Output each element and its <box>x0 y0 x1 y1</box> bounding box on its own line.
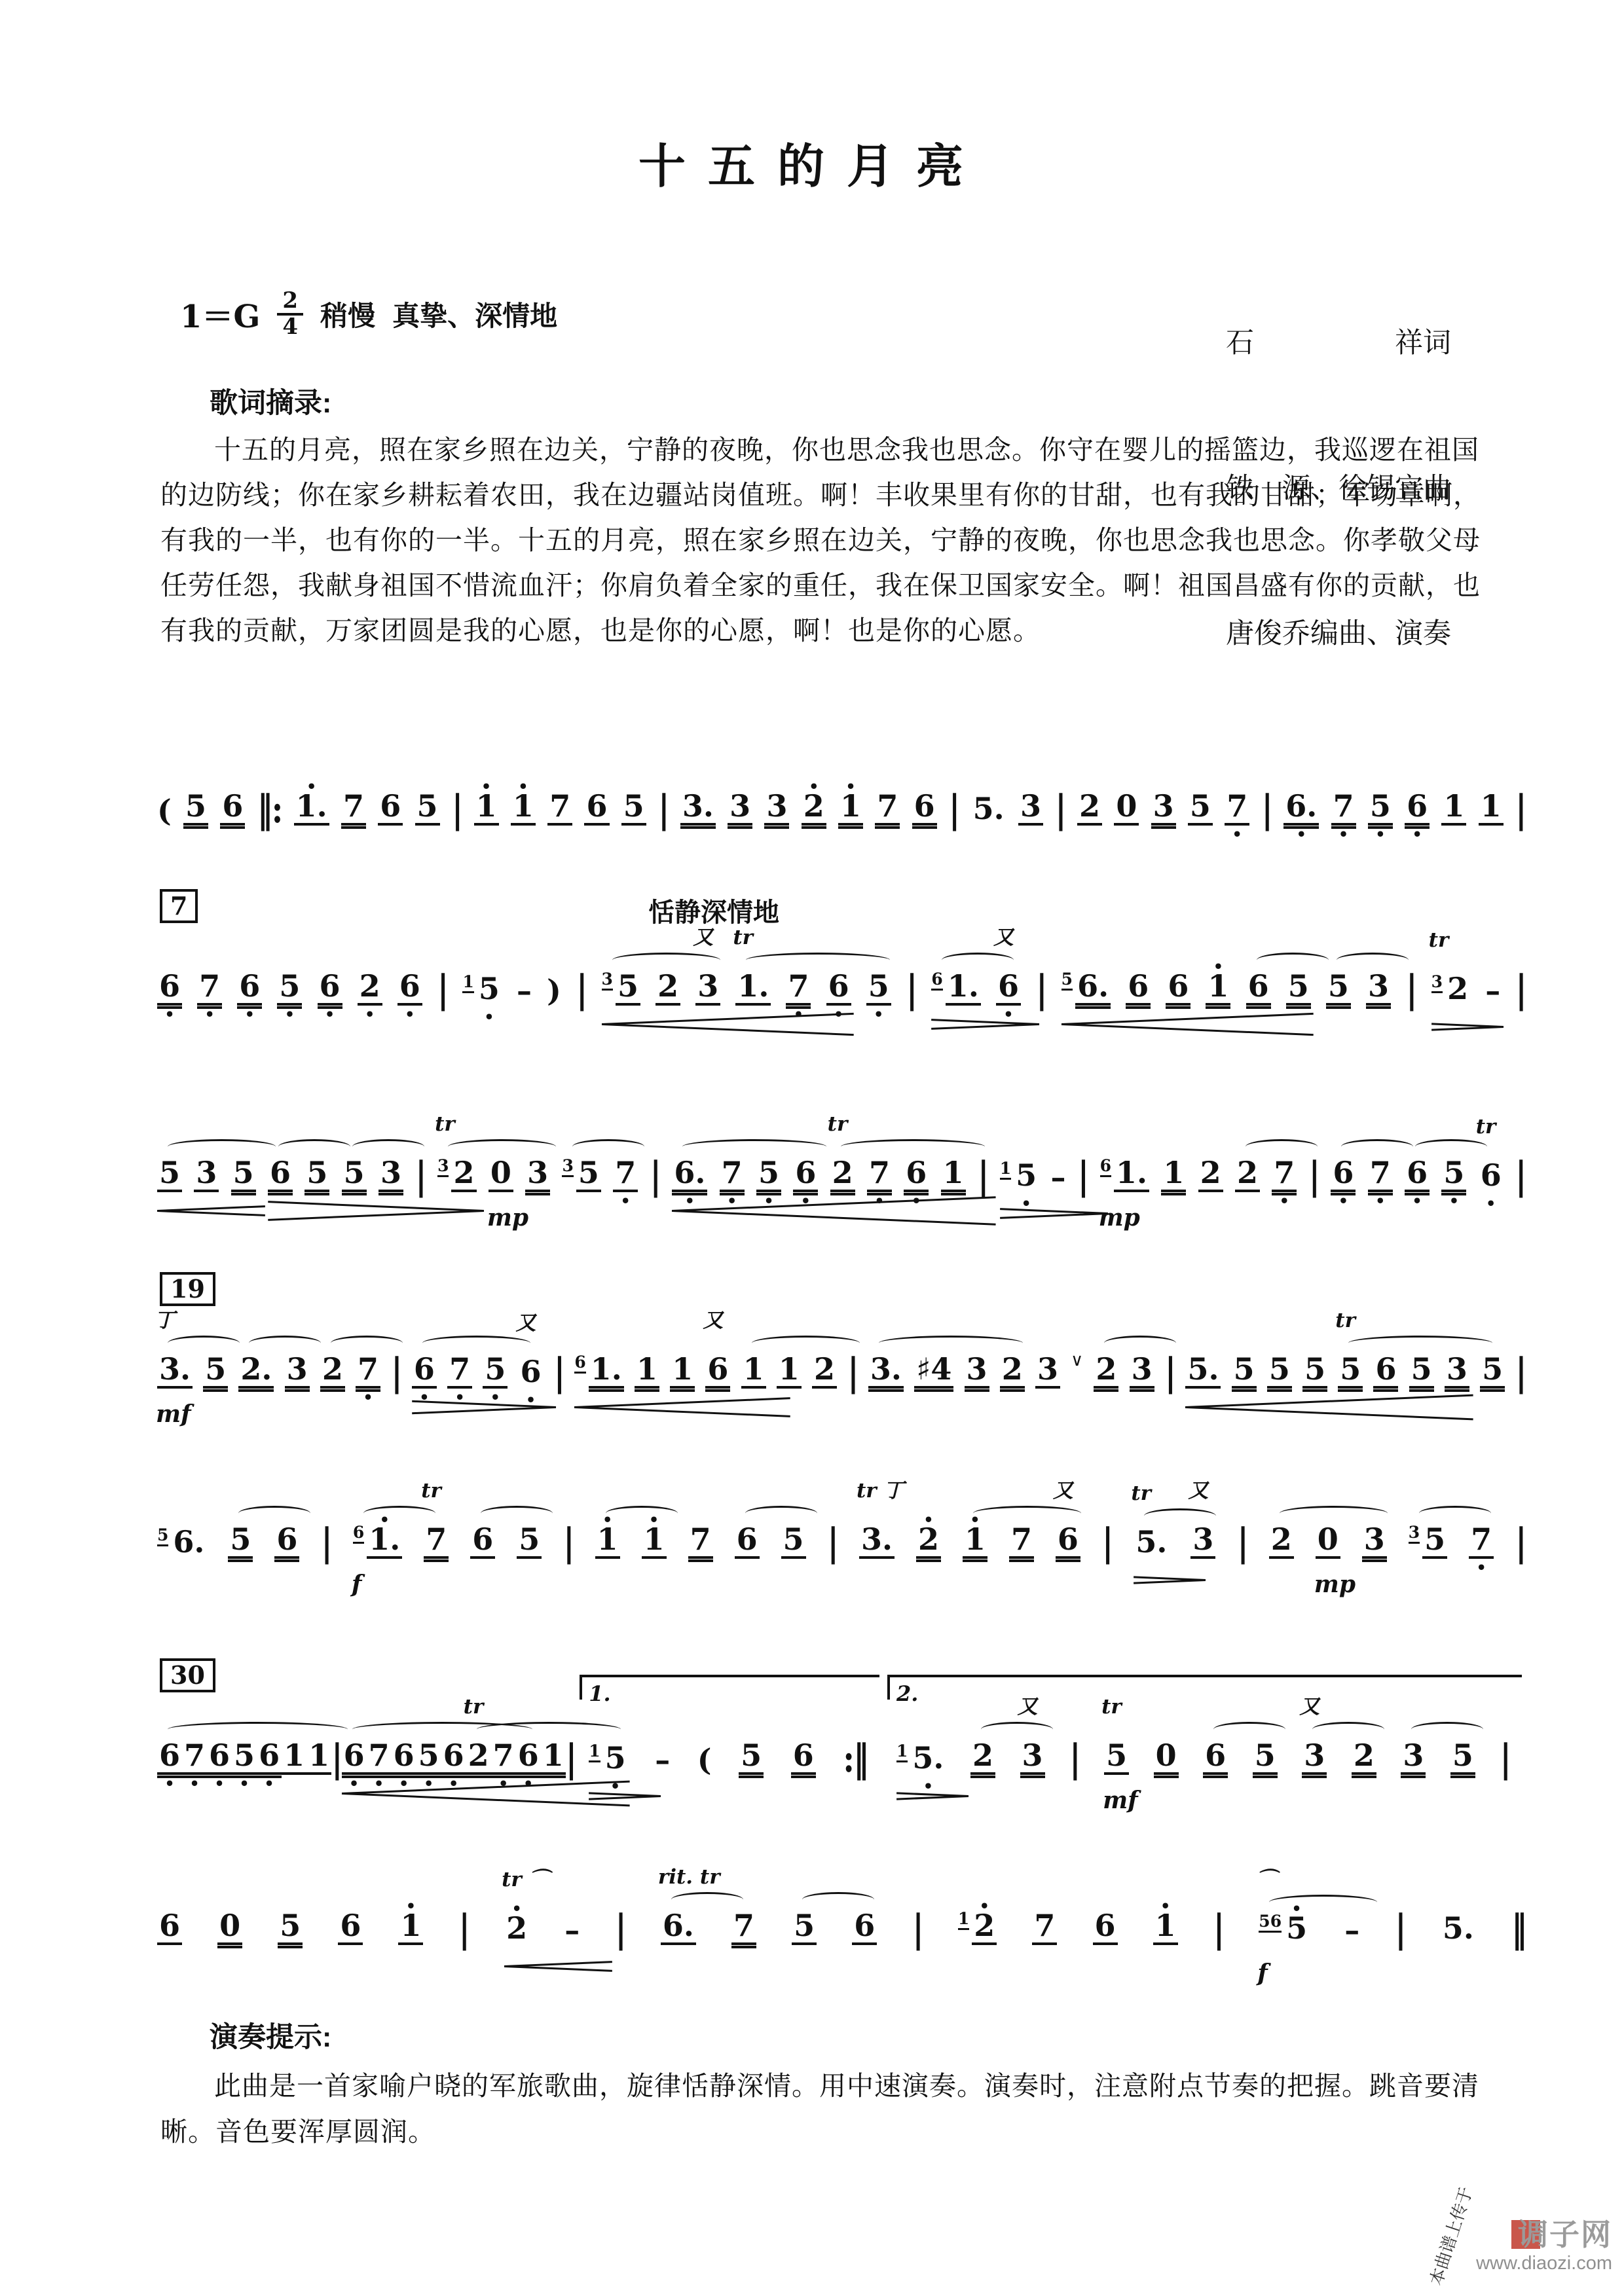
note: 7• <box>356 1354 380 1389</box>
note: 2• <box>358 971 382 1006</box>
note-digit: 2 <box>1352 1740 1376 1775</box>
note: 3 <box>1366 971 1391 1006</box>
note-digit: 2. <box>238 1354 274 1389</box>
note: 3 <box>194 1157 219 1192</box>
note-digit: 7• <box>356 1354 380 1389</box>
note-digit: 1.• <box>294 791 329 826</box>
note-digit: 6 <box>1093 1910 1118 1945</box>
note-digit: 5 <box>1480 1354 1505 1389</box>
octave-dot-high: • <box>809 779 819 795</box>
note-digit: 5 <box>1188 791 1213 826</box>
grace-note: 3 <box>1409 1523 1420 1544</box>
note: 6 <box>735 1524 760 1559</box>
slur-arc <box>572 1139 644 1154</box>
note-digit: 5 <box>304 1157 329 1192</box>
note: 61.mp <box>1100 1157 1149 1192</box>
score-page: 十五的月亮 石 祥词 铁 源、徐锡宜曲 唐俊乔编曲、演奏 1＝G 2 4 稍慢 … <box>0 0 1624 2296</box>
octave-dot-low: • <box>1375 827 1385 843</box>
note: 2 <box>1235 1157 1260 1192</box>
note-digit: 0 <box>1114 791 1139 826</box>
grace-note: 5 <box>1061 970 1073 991</box>
note: 6又 <box>705 1354 730 1389</box>
note: 5 <box>228 1524 253 1559</box>
note-digit: 1 <box>941 1157 966 1192</box>
note: 5• <box>866 971 891 1006</box>
note: 5 <box>739 1740 764 1775</box>
grace-note: 3 <box>437 1157 449 1177</box>
note-digit: 5• <box>232 1740 257 1775</box>
barline: ‖ <box>1511 1910 1526 1948</box>
note-digit: 6 <box>1056 1524 1080 1559</box>
note: 6 <box>1373 1354 1398 1389</box>
note-digit: 7• <box>182 1740 207 1775</box>
note-digit: 2• <box>972 1910 997 1945</box>
note-digit: 6 <box>705 1354 730 1389</box>
ornament-mark: tr <box>1429 930 1449 951</box>
ornament-mark: tr <box>1335 1311 1356 1331</box>
volta-group: 2.15.•23又|5trmf0653又235| <box>887 1675 1522 1775</box>
note: 5 <box>203 1354 228 1389</box>
note-digit: 7• <box>491 1740 516 1775</box>
note-digit: 0 <box>217 1910 242 1945</box>
note-digit: 5 <box>278 1910 303 1945</box>
note: 1• <box>642 1524 667 1559</box>
octave-dot-low: • <box>912 1194 921 1209</box>
grace-note: 1 <box>462 973 473 993</box>
barline: | <box>459 1910 469 1948</box>
lyricist-credit: 石 祥词 <box>1226 319 1451 368</box>
barline: :‖ <box>843 1740 868 1778</box>
note: 3又 <box>1190 1524 1215 1559</box>
note: 7• <box>1272 1157 1297 1192</box>
note-digit: 1. <box>946 971 981 1006</box>
octave-dot-low: • <box>189 1776 199 1792</box>
note-digit: 6 <box>268 1157 293 1192</box>
note: 5• <box>1368 791 1393 826</box>
note: 1• <box>1153 1910 1178 1945</box>
note: 3 <box>1151 791 1176 826</box>
ornament-mark: 又 <box>993 928 1014 948</box>
note: 3 <box>1018 791 1043 826</box>
note-digit: 5 <box>1338 1354 1363 1389</box>
note: 6•又 <box>996 971 1021 1006</box>
note: 15• <box>462 974 501 1006</box>
note: 7• <box>1469 1524 1494 1559</box>
note-digit: 6• <box>1405 791 1430 826</box>
note: 7• <box>491 1740 516 1775</box>
note-digit: 1• <box>838 791 863 826</box>
note-digit: 7• <box>447 1354 472 1389</box>
crescendo-hairpin <box>672 1201 996 1219</box>
note: 15• <box>1000 1160 1039 1192</box>
note-digit: 5 <box>1286 971 1311 1006</box>
note: 5 <box>517 1524 542 1559</box>
ornament-mark: tr <box>1131 1484 1151 1504</box>
barline: | <box>1262 791 1272 829</box>
note-digit: 6 <box>791 1740 816 1775</box>
slur-arc <box>352 1139 424 1154</box>
barline: | <box>906 971 916 1009</box>
note: 3又 <box>1302 1740 1327 1775</box>
slur-arc <box>422 1336 530 1351</box>
octave-dot-high: • <box>923 1512 933 1528</box>
note-digit: 6• <box>1479 1160 1504 1192</box>
note-digit: 6. <box>1075 971 1111 1006</box>
note-digit: 5• <box>756 1157 781 1192</box>
note-digit: 7• <box>613 1157 638 1192</box>
note-digit: 3 <box>1151 791 1176 826</box>
note-digit: 3 <box>1401 1740 1426 1775</box>
music-system: 56.56|61.•f7tr65|1•1•765|3.tr 丁2•1•76又|5… <box>157 1522 1526 1559</box>
grace-note: 3 <box>602 970 613 991</box>
music-system: (56‖:1.•765|1•1•765|3.332•1•76|5.3|20357… <box>157 789 1526 826</box>
measure-number-box: 30 <box>160 1658 215 1692</box>
note-digit: 6 <box>470 1524 495 1559</box>
note: 2 <box>1352 1740 1376 1775</box>
note: 6 <box>584 791 609 826</box>
ornament-mark: ⌒ <box>1256 1870 1276 1890</box>
note: 2 <box>1077 791 1102 826</box>
lyrics-line: 十五的月亮，照在家乡照在边关，宁静的夜晚，你也思念我也思念。你守在婴儿的摇篮边，… <box>160 428 1519 473</box>
barline: | <box>1036 971 1046 1009</box>
slur-arc <box>745 1506 817 1521</box>
music-system: 60561•|2•tr ⌒–|6.rit. tr756|12•761•|565•… <box>157 1908 1526 1945</box>
volta-group: 1.15•–(56:‖ <box>580 1675 879 1775</box>
note: 7• <box>1225 791 1249 826</box>
slur-arc <box>973 1506 1081 1521</box>
note: 6• <box>237 971 262 1006</box>
grace-note: 1 <box>896 1742 908 1762</box>
note: 2 <box>812 1354 837 1389</box>
note: 6• <box>1405 791 1430 826</box>
note-digit: 1 <box>282 1740 306 1775</box>
note-digit: 5• <box>416 1740 441 1775</box>
octave-dot-high: • <box>406 1899 416 1914</box>
note-digit: 6• <box>397 971 422 1006</box>
ornament-mark: 又 <box>1018 1697 1038 1717</box>
note: 7 <box>1032 1910 1057 1945</box>
octave-dot-low: • <box>484 1010 494 1025</box>
octave-dot-low: • <box>498 1776 508 1792</box>
note-digit: 1 <box>1479 791 1504 826</box>
grace-note: 1 <box>1000 1159 1011 1180</box>
slur-arc <box>1419 1506 1491 1521</box>
octave-dot-high: • <box>649 1512 659 1528</box>
note: 3 <box>1401 1740 1426 1775</box>
note: 5. <box>1185 1354 1221 1389</box>
note-digit: 6• <box>207 1740 232 1775</box>
crescendo-hairpin <box>574 1397 790 1415</box>
note: 5 <box>781 1524 806 1559</box>
slur-arc <box>168 1722 348 1737</box>
note: 32tr <box>437 1157 476 1192</box>
ornament-mark: tr <box>733 928 753 948</box>
barline: | <box>1395 1910 1405 1948</box>
slur-arc <box>168 1139 276 1154</box>
slur-arc <box>331 1336 403 1351</box>
note: 6 <box>220 791 245 826</box>
note: 7• <box>367 1740 392 1775</box>
note: 5 <box>1267 1354 1292 1389</box>
octave-dot-low: • <box>1449 1194 1459 1209</box>
note-digit: 2• <box>358 971 382 1006</box>
note: 7tr <box>424 1524 449 1559</box>
note: 56. <box>1061 971 1111 1006</box>
note: 6 <box>912 791 937 826</box>
slur-arc <box>879 1336 1023 1351</box>
octave-dot-high: • <box>518 779 528 795</box>
note-digit: 6• <box>441 1740 466 1775</box>
note: 0mp <box>1316 1524 1340 1559</box>
octave-dot-low: • <box>214 1776 224 1792</box>
barline: | <box>452 791 462 829</box>
note-digit: 5 <box>228 1524 253 1559</box>
note: 5 <box>183 791 208 826</box>
note-digit: 6• <box>157 971 182 1006</box>
slur-arc <box>481 1506 553 1521</box>
slur-arc <box>1415 1139 1487 1154</box>
note-digit: 6• <box>257 1740 282 1775</box>
note: 1• <box>474 791 499 826</box>
note: 3. <box>868 1354 904 1389</box>
note: 3 <box>1130 1354 1154 1389</box>
crescendo-hairpin <box>1185 1397 1473 1415</box>
slur-arc <box>448 1139 556 1154</box>
barline: | <box>658 791 668 829</box>
note-digit: 3 <box>1018 791 1043 826</box>
note-digit: 5• <box>1368 791 1393 826</box>
watermark-url: www.diaozi.com <box>1476 2253 1612 2274</box>
note: 12• <box>958 1910 997 1945</box>
note: 7 <box>688 1524 713 1559</box>
octave-dot-high: • <box>1160 1899 1170 1914</box>
note-digit: 7• <box>867 1157 892 1192</box>
upload-note: 本曲谱上传于 <box>1423 2183 1477 2288</box>
note: 6•tr <box>1479 1160 1504 1192</box>
note: 32tr <box>1431 974 1470 1006</box>
note: 5• <box>483 1354 507 1389</box>
note: 6.rit. tr <box>661 1910 696 1945</box>
note-digit: 3 <box>525 1157 550 1192</box>
dynamic-mark: mf <box>1103 1789 1138 1812</box>
note: 6•又 <box>519 1357 544 1389</box>
octave-dot-low: • <box>1338 1194 1348 1209</box>
note-digit: 6. <box>171 1527 206 1559</box>
tips-heading: 演奏提示: <box>210 2015 1519 2055</box>
note-digit: 2 <box>1445 974 1470 1006</box>
ornament-mark: 又 <box>516 1313 536 1334</box>
note-digit: 2 <box>655 971 680 1006</box>
dynamic-mark: mp <box>1314 1573 1356 1596</box>
note: 15• <box>589 1743 627 1775</box>
octave-dot-low: • <box>1297 827 1306 843</box>
note-digit: 2 <box>970 1740 995 1775</box>
music-symbol: ( <box>697 1745 712 1775</box>
octave-dot-low: • <box>490 1390 500 1406</box>
slur-arc <box>1312 1722 1384 1737</box>
note-digit: 2 <box>1269 1524 1294 1559</box>
note: 1• <box>595 1524 620 1559</box>
note-digit: 6 <box>584 791 609 826</box>
note-digit: 6• <box>392 1740 416 1775</box>
note-digit: 5 <box>203 1354 228 1389</box>
note-digit: 1. <box>735 971 771 1006</box>
note: 3 <box>728 791 752 826</box>
note-digit: 0 <box>1154 1740 1179 1775</box>
note-digit: 5 <box>1422 1524 1447 1559</box>
note-digit: 1 <box>1441 791 1466 826</box>
note-digit: 7 <box>688 1524 713 1559</box>
note: 5 <box>157 1157 182 1192</box>
octave-dot-low: • <box>526 1393 536 1408</box>
note-digit: 2• <box>802 791 826 826</box>
note: 3 <box>965 1354 989 1389</box>
ornament-mark: 又 <box>693 928 713 948</box>
note: 3.tr 丁 <box>859 1524 895 1559</box>
note-digit: 5 <box>781 1524 806 1559</box>
note: 6 <box>1203 1740 1228 1775</box>
note-digit: 3 <box>1445 1354 1469 1389</box>
note: 5 <box>231 1157 256 1192</box>
note: 5• <box>1441 1157 1466 1192</box>
note: 5 <box>1253 1740 1278 1775</box>
note-digit: 7• <box>720 1157 745 1192</box>
slur-arc <box>841 1139 985 1154</box>
note-digit: 3 <box>1362 1524 1387 1559</box>
slur-arc <box>1348 1336 1492 1351</box>
note: 5 <box>1326 971 1351 1006</box>
note: 1 <box>741 1354 766 1389</box>
barline: | <box>566 1740 576 1778</box>
slur-arc <box>238 1506 310 1521</box>
note: 5 <box>1232 1354 1257 1389</box>
note: 1• <box>398 1910 423 1945</box>
octave-dot-low: • <box>363 1390 373 1406</box>
note-digit: 1• <box>595 1524 620 1559</box>
octave-dot-low: • <box>1486 1196 1496 1212</box>
note-digit: 5 <box>792 1910 817 1945</box>
note: 5 <box>1450 1740 1475 1775</box>
note: 7• <box>197 971 222 1006</box>
note-digit: 3 <box>965 1354 989 1389</box>
note: 1 <box>635 1354 659 1389</box>
note-digit: 6• <box>1405 1157 1430 1192</box>
note-digit: 7• <box>1469 1524 1494 1559</box>
note-digit: 2 <box>320 1354 345 1389</box>
octave-dot-low: • <box>204 1007 214 1023</box>
note-digit: 6.• <box>672 1157 707 1192</box>
note-digit: 6 <box>1166 971 1190 1006</box>
note-digit: 7• <box>1368 1157 1393 1192</box>
note-digit: 2 <box>1000 1354 1025 1389</box>
note-digit: 0 <box>489 1157 513 1192</box>
note-digit: 7 <box>424 1524 449 1559</box>
note-digit: 6• <box>904 1157 929 1192</box>
note-digit: 5• <box>1014 1160 1039 1192</box>
octave-dot-low: • <box>1412 827 1422 843</box>
note: 0mp <box>489 1157 513 1192</box>
ornament-mark: tr <box>435 1114 455 1135</box>
note: 1 <box>306 1740 331 1775</box>
slur-arc <box>249 1336 321 1351</box>
note-digit: 6• <box>519 1357 544 1389</box>
slur-arc <box>682 1139 826 1154</box>
octave-dot-low: • <box>365 1007 375 1023</box>
octave-dot-low: • <box>1412 1194 1422 1209</box>
lyrics-heading: 歌词摘录: <box>210 381 1519 421</box>
note: 1• <box>511 791 536 826</box>
octave-dot-low: • <box>325 1007 335 1023</box>
note: 1 <box>1161 1157 1186 1192</box>
barline: | <box>563 1524 573 1562</box>
dynamic-mark: mp <box>1099 1206 1140 1230</box>
music-symbol: ) <box>547 975 561 1006</box>
barline: | <box>1213 1910 1223 1948</box>
octave-dot-low: • <box>874 1007 883 1023</box>
note-digit: 1 <box>635 1354 659 1389</box>
note-digit: 1• <box>963 1524 987 1559</box>
barline: | <box>1515 1157 1525 1195</box>
note: 6• <box>392 1740 416 1775</box>
note-digit: ♯4 <box>914 1354 953 1389</box>
grace-note: 1 <box>958 1910 969 1930</box>
note: 0 <box>217 1910 242 1945</box>
barline: | <box>576 971 586 1009</box>
note: 6 <box>470 1524 495 1559</box>
music-system: 306•7•6•5•6•11|6•7•6•5•6•2tr7•6•1|1.15•–… <box>157 1738 1526 1775</box>
note: 7 <box>875 791 900 826</box>
note: 2tr <box>830 1157 855 1192</box>
note: 1• <box>838 791 863 826</box>
barline: | <box>650 1157 660 1195</box>
note: 2. <box>238 1354 274 1389</box>
note: 3 <box>1445 1354 1469 1389</box>
tempo-text: 稍慢 <box>320 295 375 334</box>
ornament-mark: tr ⌒ <box>502 1870 549 1890</box>
octave-dot-low: • <box>1280 1194 1289 1209</box>
ornament-mark: tr <box>1476 1117 1496 1137</box>
note-digit: 1• <box>1206 971 1230 1006</box>
note: 3 <box>525 1157 550 1192</box>
note-digit: 5• <box>477 974 502 1006</box>
note: 2 <box>1000 1354 1025 1389</box>
note-digit: 1 <box>741 1354 766 1389</box>
note: 5 <box>304 1157 329 1192</box>
slur-arc <box>1280 1506 1388 1521</box>
note-digit: 3. <box>859 1524 895 1559</box>
slur-arc <box>1213 1722 1285 1737</box>
note: 7 <box>1009 1524 1034 1559</box>
note: 5 <box>1286 971 1311 1006</box>
key-signature: 1＝G <box>180 291 260 337</box>
octave-dot-low: • <box>164 1776 174 1792</box>
note: 5• <box>232 1740 257 1775</box>
note-digit: 5 <box>1302 1354 1327 1389</box>
octave-dot-low: • <box>1338 827 1348 843</box>
note: 2tr <box>466 1740 491 1775</box>
note-digit: 2 <box>1077 791 1102 826</box>
barline: | <box>978 1157 987 1195</box>
note: 6 <box>1246 971 1271 1006</box>
note: 7• <box>867 1157 892 1192</box>
note-digit: 5• <box>603 1743 628 1775</box>
ornament-mark: 又 <box>703 1311 723 1331</box>
lyrics-line: 的边防线；你在家乡耕耘着农田，我在边疆站岗值班。啊！丰收果里有你的甘甜，也有我的… <box>160 473 1519 518</box>
tips-line: 此曲是一首家喻户晓的军旅歌曲，旋律恬静深情。用中速演奏。演奏时，注意附点节奏的把… <box>160 2063 1519 2109</box>
slur-arc <box>1246 1139 1318 1154</box>
note-digit: 7• <box>367 1740 392 1775</box>
note-digit: 1 <box>541 1740 566 1775</box>
